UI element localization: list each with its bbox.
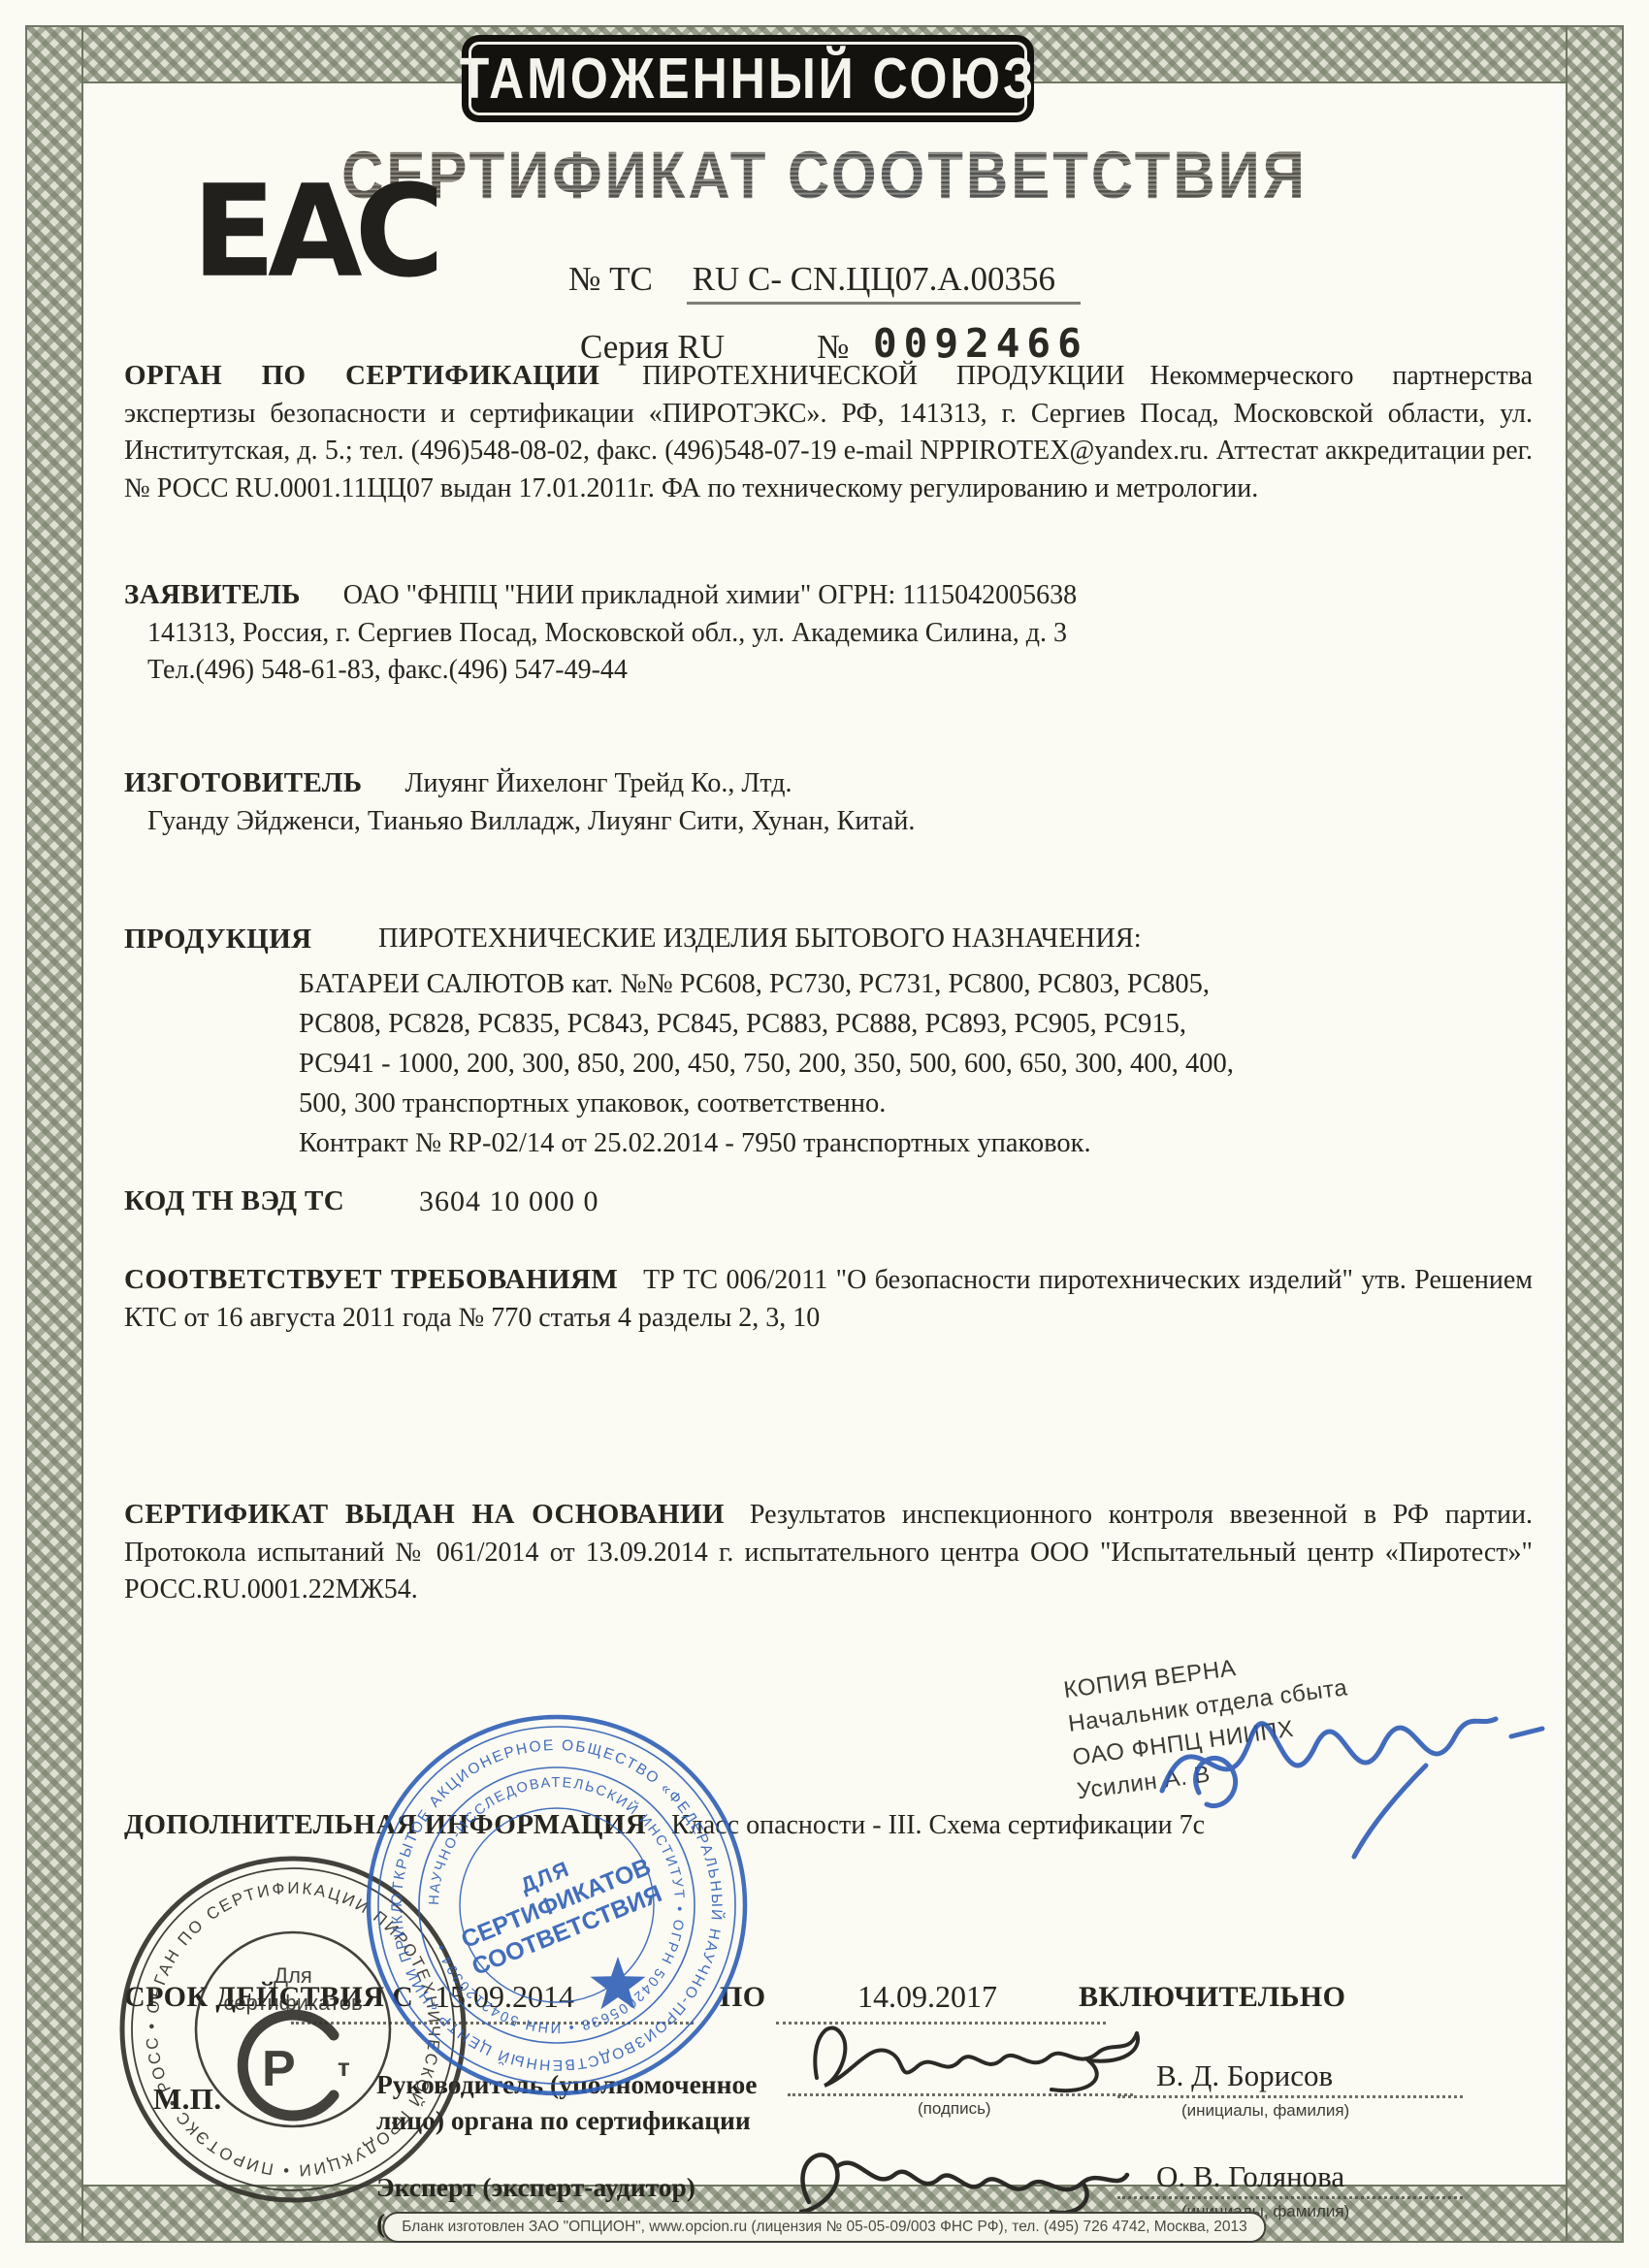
rst-mark-icon: Р т: [242, 2015, 350, 2116]
section-applicant-first-line: ОАО "ФНПЦ "НИИ прикладной химии" ОГРН: 1…: [343, 580, 1077, 610]
head-name: В. Д. Борисов: [1156, 2058, 1333, 2093]
section-products-headline: ПИРОТЕХНИЧЕСКИЕ ИЗДЕЛИЯ БЫТОВОГО НАЗНАЧЕ…: [378, 923, 1142, 955]
head-name-caption: (инициалы, фамилия): [1181, 2101, 1349, 2121]
head-signature-line: [788, 2093, 1133, 2096]
section-products-label: ПРОДУКЦИЯ: [124, 923, 312, 956]
section-manufacturer-first-line: Лиуянг Йихелонг Трейд Ко., Лтд.: [404, 768, 792, 798]
validity-label: СРОК ДЕЙСТВИЯ С: [124, 1981, 413, 2014]
svg-text:Р: Р: [262, 2041, 296, 2097]
certificate-number-line: № ТС RU С- CN.ЦЦ07.А.00356: [0, 260, 1649, 299]
black-round-stamp: • ОРГАН ПО СЕРТИФИКАЦИИ ПИРОТЕХНИЧЕСКОЙ …: [109, 1845, 477, 2214]
blue-stamp-star-icon: [591, 1957, 646, 2009]
copy-true-stamp-text: КОПИЯ ВЕРНА Начальник отдела сбыта ОАО Ф…: [1061, 1626, 1444, 1808]
validity-inclusive: ВКЛЮЧИТЕЛЬНО: [1079, 1981, 1345, 2014]
validity-to-label: ПО: [720, 1981, 765, 2014]
blue-round-stamp: ОТКРЫТОЕ АКЦИОНЕРНОЕ ОБЩЕСТВО «ФЕДЕРАЛЬН…: [361, 1709, 753, 2101]
validity-date-to: 14.09.2017: [857, 1979, 997, 2015]
customs-union-banner-text: ТАМОЖЕННЫЙ СОЮЗ: [460, 46, 1037, 112]
section-certification-body-caps: ПИРОТЕХНИЧЕСКОЙ ПРОДУКЦИИ: [642, 361, 1124, 391]
section-manufacturer: ИЗГОТОВИТЕЛЬЛиуянг Йихелонг Трейд Ко., Л…: [124, 764, 1533, 840]
section-applicant-label: ЗАЯВИТЕЛЬ: [124, 579, 301, 610]
expert-name-line: [1117, 2196, 1463, 2199]
customs-union-banner: ТАМОЖЕННЫЙ СОЮЗ: [462, 35, 1034, 122]
section-tnved-code: 3604 10 000 0: [419, 1185, 599, 1218]
blue-stamp-outer-ring-text: ОТКРЫТОЕ АКЦИОНЕРНОЕ ОБЩЕСТВО «ФЕДЕРАЛЬН…: [361, 1709, 726, 2073]
svg-text:СООТВЕТСТВИЯ: СООТВЕТСТВИЯ: [469, 1880, 666, 1981]
seal-place-label: М.П.: [153, 2082, 221, 2117]
section-certification-body-label: ОРГАН ПО СЕРТИФИКАЦИИ: [124, 360, 599, 391]
border-ornament-left: [25, 25, 83, 2243]
validity-from-line: [291, 2022, 694, 2025]
section-requirements-label: СООТВЕТСТВУЕТ ТРЕБОВАНИЯМ: [124, 1264, 618, 1295]
section-requirements: СООТВЕТСТВУЕТ ТРЕБОВАНИЯМТР ТС 006/2011 …: [124, 1261, 1533, 1337]
blue-stamp-center-text: ДЛЯ СЕРТИФИКАТОВ СООТВЕТСТВИЯ: [447, 1828, 665, 1981]
section-applicant: ЗАЯВИТЕЛЬОАО "ФНПЦ "НИИ прикладной химии…: [124, 576, 1533, 690]
section-certification-body: ОРГАН ПО СЕРТИФИКАЦИИПИРОТЕХНИЧЕСКОЙ ПРО…: [124, 357, 1533, 507]
section-issued-basis-label: СЕРТИФИКАТ ВЫДАН НА ОСНОВАНИИ: [124, 1499, 725, 1530]
section-additional-info: ДОПОЛНИТЕЛЬНАЯ ИНФОРМАЦИЯКласс опасности…: [124, 1806, 1533, 1845]
form-printer-fineprint: Бланк изготовлен ЗАО "ОПЦИОН", www.opcio…: [382, 2212, 1266, 2243]
svg-text:СЕРТИФИКАТОВ: СЕРТИФИКАТОВ: [458, 1853, 655, 1954]
svg-text:т: т: [338, 2053, 350, 2082]
border-ornament-right: [1566, 25, 1624, 2243]
certificate-page: ТАМОЖЕННЫЙ СОЮЗ СЕРТИФИКАТ СООТВЕТСТВИЯ …: [0, 0, 1649, 2268]
head-role-label: Руководитель (уполномоченное лицо) орган…: [376, 2066, 757, 2138]
validity-to-line: [776, 2022, 1106, 2025]
section-tnved-label: КОД ТН ВЭД ТС: [124, 1185, 344, 1217]
section-manufacturer-rest: Гуанду Эйдженси, Тианьяо Вилладж, Лиуянг…: [147, 803, 1533, 841]
certificate-number: RU С- CN.ЦЦ07.А.00356: [687, 260, 1081, 305]
certificate-number-label: № ТС: [568, 260, 653, 298]
svg-text:ОТКРЫТОЕ АКЦИОНЕРНОЕ ОБЩЕСТВО: ОТКРЫТОЕ АКЦИОНЕРНОЕ ОБЩЕСТВО «ФЕДЕРАЛЬН…: [361, 1709, 726, 2073]
head-name-line: [1117, 2095, 1463, 2098]
section-issued-basis: СЕРТИФИКАТ ВЫДАН НА ОСНОВАНИИРезультатов…: [124, 1496, 1533, 1609]
section-products-list: БАТАРЕИ САЛЮТОВ кат. №№ РС608, РС730, РС…: [299, 964, 1502, 1163]
section-additional-info-text: Класс опасности - III. Схема сертификаци…: [671, 1810, 1205, 1840]
expert-name: О. В. Голянова: [1156, 2159, 1344, 2194]
svg-text:ДЛЯ: ДЛЯ: [517, 1856, 573, 1897]
section-applicant-rest: 141313, Россия, г. Сергиев Посад, Москов…: [147, 615, 1533, 690]
head-signature-caption: (подпись): [918, 2099, 991, 2119]
section-manufacturer-label: ИЗГОТОВИТЕЛЬ: [124, 767, 362, 798]
section-additional-info-label: ДОПОЛНИТЕЛЬНАЯ ИНФОРМАЦИЯ: [124, 1809, 646, 1840]
validity-date-from: 15.09.2014: [435, 1979, 574, 2015]
